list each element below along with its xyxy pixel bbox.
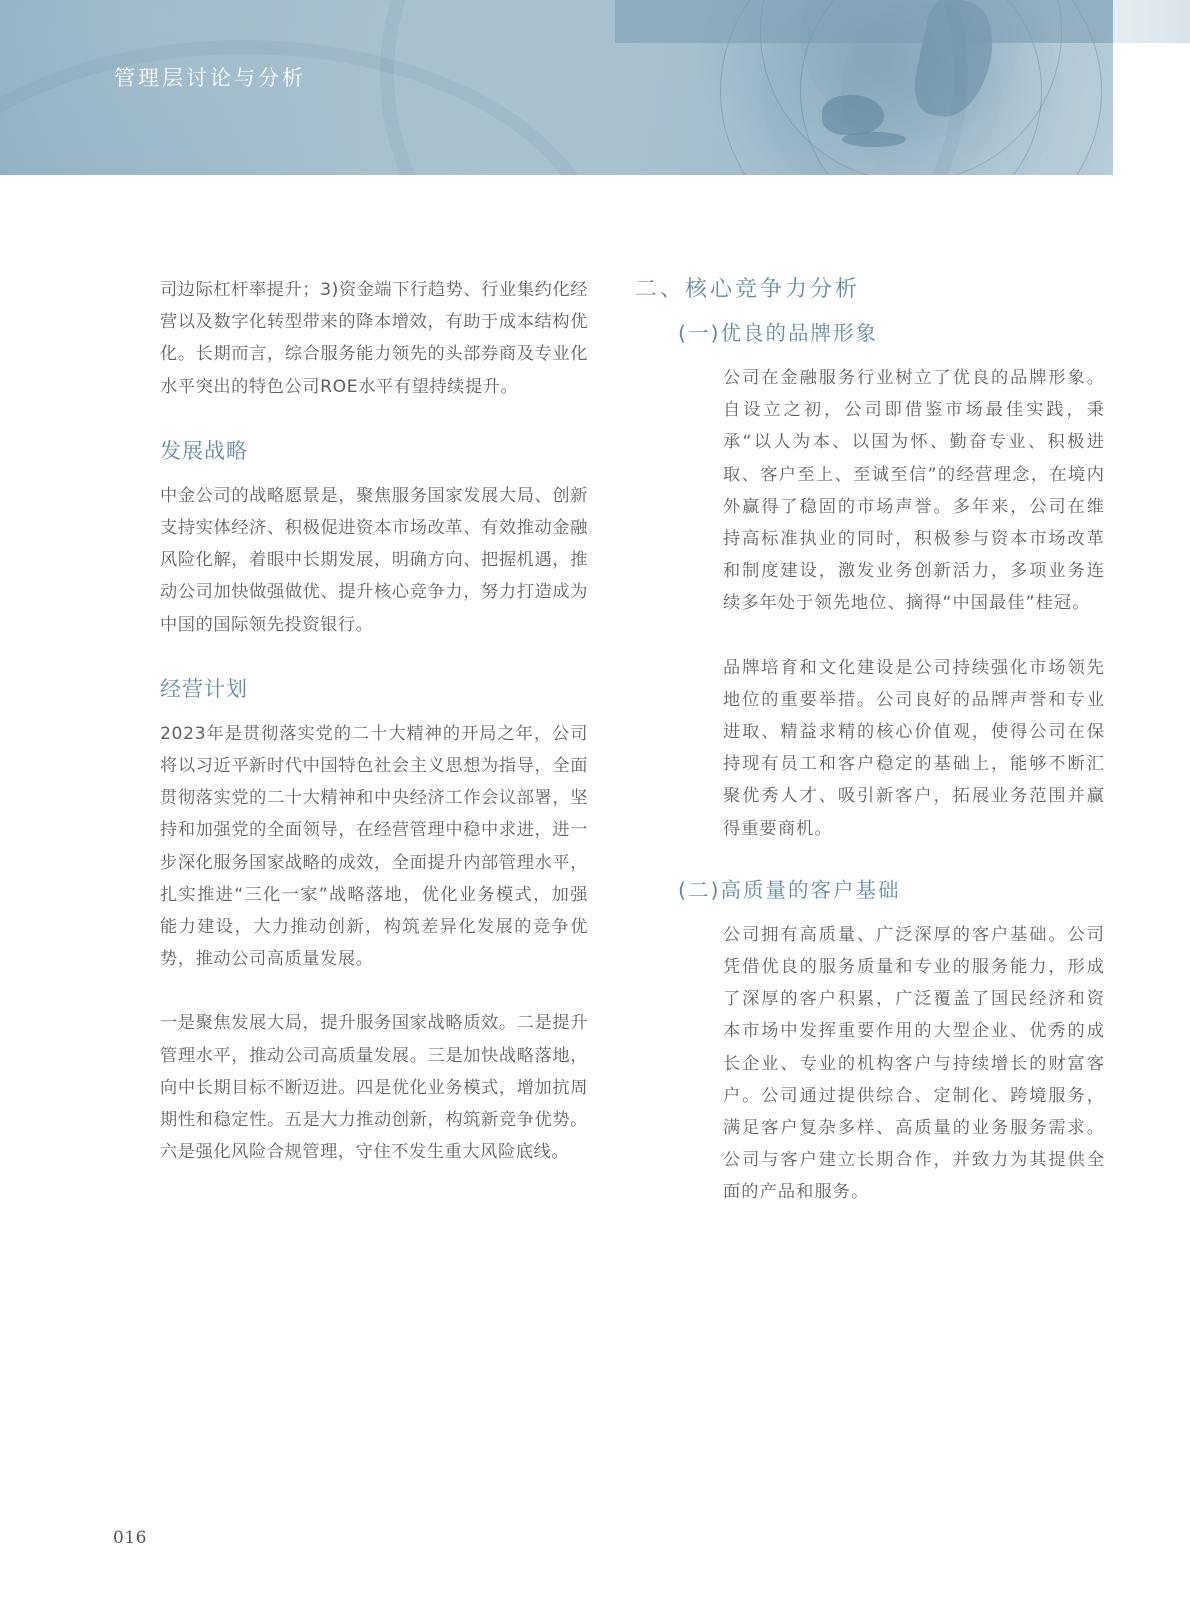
left-column: 司边际杠杆率提升；3)资金端下行趋势、行业集约化经营以及数字化转型带来的降本增效…	[160, 274, 588, 1168]
business-plan-paragraph-1: 2023年是贯彻落实党的二十大精神的开局之年，公司将以习近平新时代中国特色社会主…	[160, 718, 588, 976]
client-base-body: 公司拥有高质量、广泛深厚的客户基础。公司凭借优良的服务质量和专业的服务能力，形成…	[723, 919, 1105, 1209]
globe-landmass	[822, 95, 884, 135]
brand-image-heading: (一)优良的品牌形象	[678, 318, 1105, 348]
header-strip-fade	[1113, 0, 1190, 43]
right-column: 二、核心竞争力分析 (一)优良的品牌形象 公司在金融服务行业树立了优良的品牌形象…	[635, 274, 1105, 1209]
business-plan-heading: 经营计划	[160, 674, 588, 704]
section-title: 管理层讨论与分析	[114, 63, 306, 93]
brand-image-paragraph-1: 公司在金融服务行业树立了优良的品牌形象。自设立之初，公司即借鉴市场最佳实践，秉承…	[723, 362, 1105, 620]
globe-landmass	[842, 132, 906, 147]
brand-image-body: 公司在金融服务行业树立了优良的品牌形象。自设立之初，公司即借鉴市场最佳实践，秉承…	[723, 362, 1105, 845]
core-competitiveness-heading: 二、核心竞争力分析	[635, 274, 1105, 306]
strategy-paragraph: 中金公司的战略愿景是，聚焦服务国家发展大局、创新支持实体经济、积极促进资本市场改…	[160, 480, 588, 641]
client-base-paragraph: 公司拥有高质量、广泛深厚的客户基础。公司凭借优良的服务质量和专业的服务能力，形成…	[723, 919, 1105, 1209]
intro-paragraph: 司边际杠杆率提升；3)资金端下行趋势、行业集约化经营以及数字化转型带来的降本增效…	[160, 274, 588, 403]
page-number: 016	[113, 1528, 147, 1548]
client-base-heading: (二)高质量的客户基础	[678, 875, 1105, 905]
header-top-strip	[615, 0, 1190, 43]
strategy-heading: 发展战略	[160, 436, 588, 466]
brand-image-paragraph-2: 品牌培育和文化建设是公司持续强化市场领先地位的重要举措。公司良好的品牌声誉和专业…	[723, 652, 1105, 845]
business-plan-paragraph-2: 一是聚焦发展大局，提升服务国家战略质效。二是提升管理水平，推动公司高质量发展。三…	[160, 1007, 588, 1168]
